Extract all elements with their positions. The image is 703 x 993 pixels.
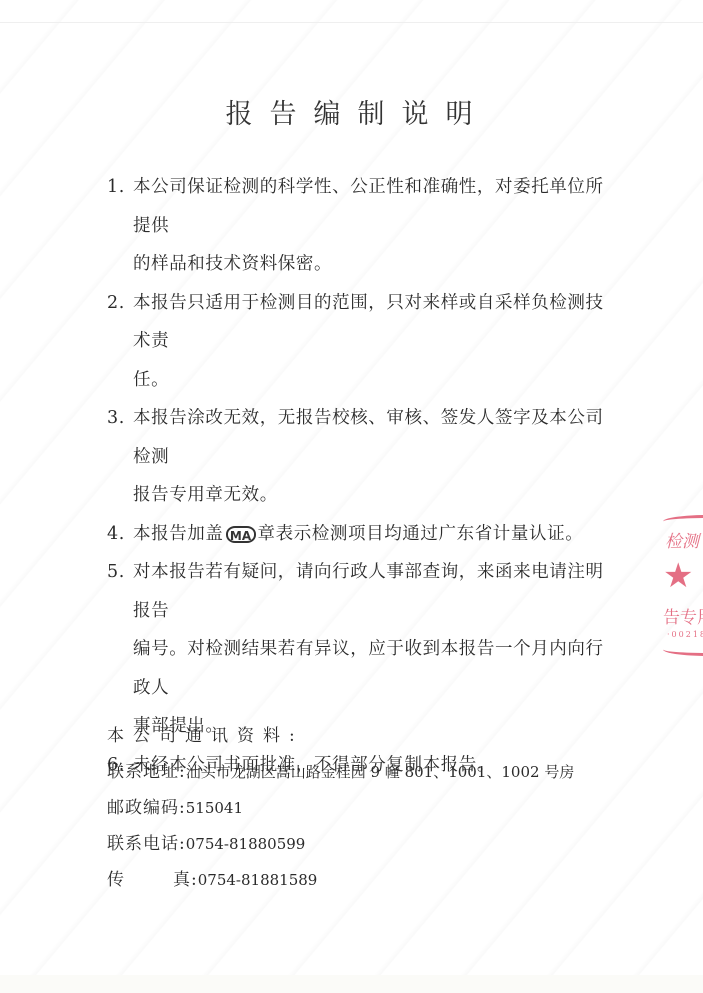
item-text: 本报告加盖: [133, 524, 224, 544]
item-line: 任。: [133, 361, 607, 400]
item-line: 本报告只适用于检测目的范围，只对来样或自采样负检测技术责: [133, 284, 607, 361]
contact-phone: 联系电话:0754-81880599: [107, 826, 627, 862]
item-number: 5.: [107, 553, 125, 592]
item-line: 本公司保证检测的科学性、公正性和准确性，对委托单位所提供: [133, 168, 607, 245]
contact-fax: 传真:0754-81881589: [107, 862, 627, 898]
phone-value: 0754-81880599: [186, 835, 306, 853]
list-item-1: 1. 本公司保证检测的科学性、公正性和准确性，对委托单位所提供 的样品和技术资料…: [107, 168, 607, 284]
page-top-edge: [0, 22, 703, 23]
item-text: 章表示检测项目均通过广东省计量认证。: [258, 524, 584, 544]
seal-text-top: 检测: [665, 527, 699, 552]
list-item-5: 5. 对本报告若有疑问，请向行政人事部查询，来函来电请注明报告 编号。对检测结果…: [107, 553, 607, 746]
fax-label-a: 传: [107, 870, 125, 890]
official-seal-stamp: 检测 ★ 告专用 ·00218: [655, 515, 703, 655]
item-line: 对本报告若有疑问，请向行政人事部查询，来函来电请注明报告: [133, 553, 607, 630]
item-number: 3.: [107, 399, 125, 438]
seal-text-mid: 告专用: [663, 603, 703, 628]
page-bottom-edge: [0, 975, 703, 993]
star-icon: ★: [663, 559, 693, 593]
seal-serial: ·00218: [667, 630, 703, 639]
item-number: 4.: [107, 515, 125, 554]
fax-value: 0754-81881589: [198, 871, 318, 889]
postcode-label: 邮政编码:: [107, 798, 186, 818]
seal-arc-bottom: [663, 643, 703, 656]
item-line: 本报告涂改无效，无报告校核、审核、签发人签字及本公司检测: [133, 399, 607, 476]
list-item-4: 4. 本报告加盖MA章表示检测项目均通过广东省计量认证。: [107, 515, 607, 554]
cma-certification-icon: MA: [226, 526, 256, 543]
contact-postcode: 邮政编码:515041: [107, 790, 627, 826]
list-item-3: 3. 本报告涂改无效，无报告校核、审核、签发人签字及本公司检测 报告专用章无效。: [107, 399, 607, 515]
postcode-value: 515041: [186, 799, 243, 817]
item-line: 报告专用章无效。: [133, 476, 607, 515]
phone-label: 联系电话:: [107, 834, 186, 854]
contact-heading: 本公司通讯资料:: [107, 718, 627, 754]
contact-info: 本公司通讯资料: 联系地址:汕头市龙湖区嵩山路金桂园 9 幢 801、1001、…: [107, 718, 627, 898]
item-line: 编号。对检测结果若有异议，应于收到本报告一个月内向行政人: [133, 630, 607, 707]
page-title: 报告编制说明: [0, 92, 703, 131]
item-number: 1.: [107, 168, 125, 207]
item-line: 的样品和技术资料保密。: [133, 245, 607, 284]
address-label: 联系地址:: [107, 762, 186, 782]
address-value: 汕头市龙湖区嵩山路金桂园 9 幢 801、1001、1002 号房: [186, 763, 575, 781]
list-item-2: 2. 本报告只适用于检测目的范围，只对来样或自采样负检测技术责 任。: [107, 284, 607, 400]
notes-list: 1. 本公司保证检测的科学性、公正性和准确性，对委托单位所提供 的样品和技术资料…: [107, 168, 607, 784]
item-line: 本报告加盖MA章表示检测项目均通过广东省计量认证。: [133, 515, 607, 554]
fax-label-b: 真:: [173, 870, 198, 890]
item-number: 2.: [107, 284, 125, 323]
contact-address: 联系地址:汕头市龙湖区嵩山路金桂园 9 幢 801、1001、1002 号房: [107, 754, 627, 790]
